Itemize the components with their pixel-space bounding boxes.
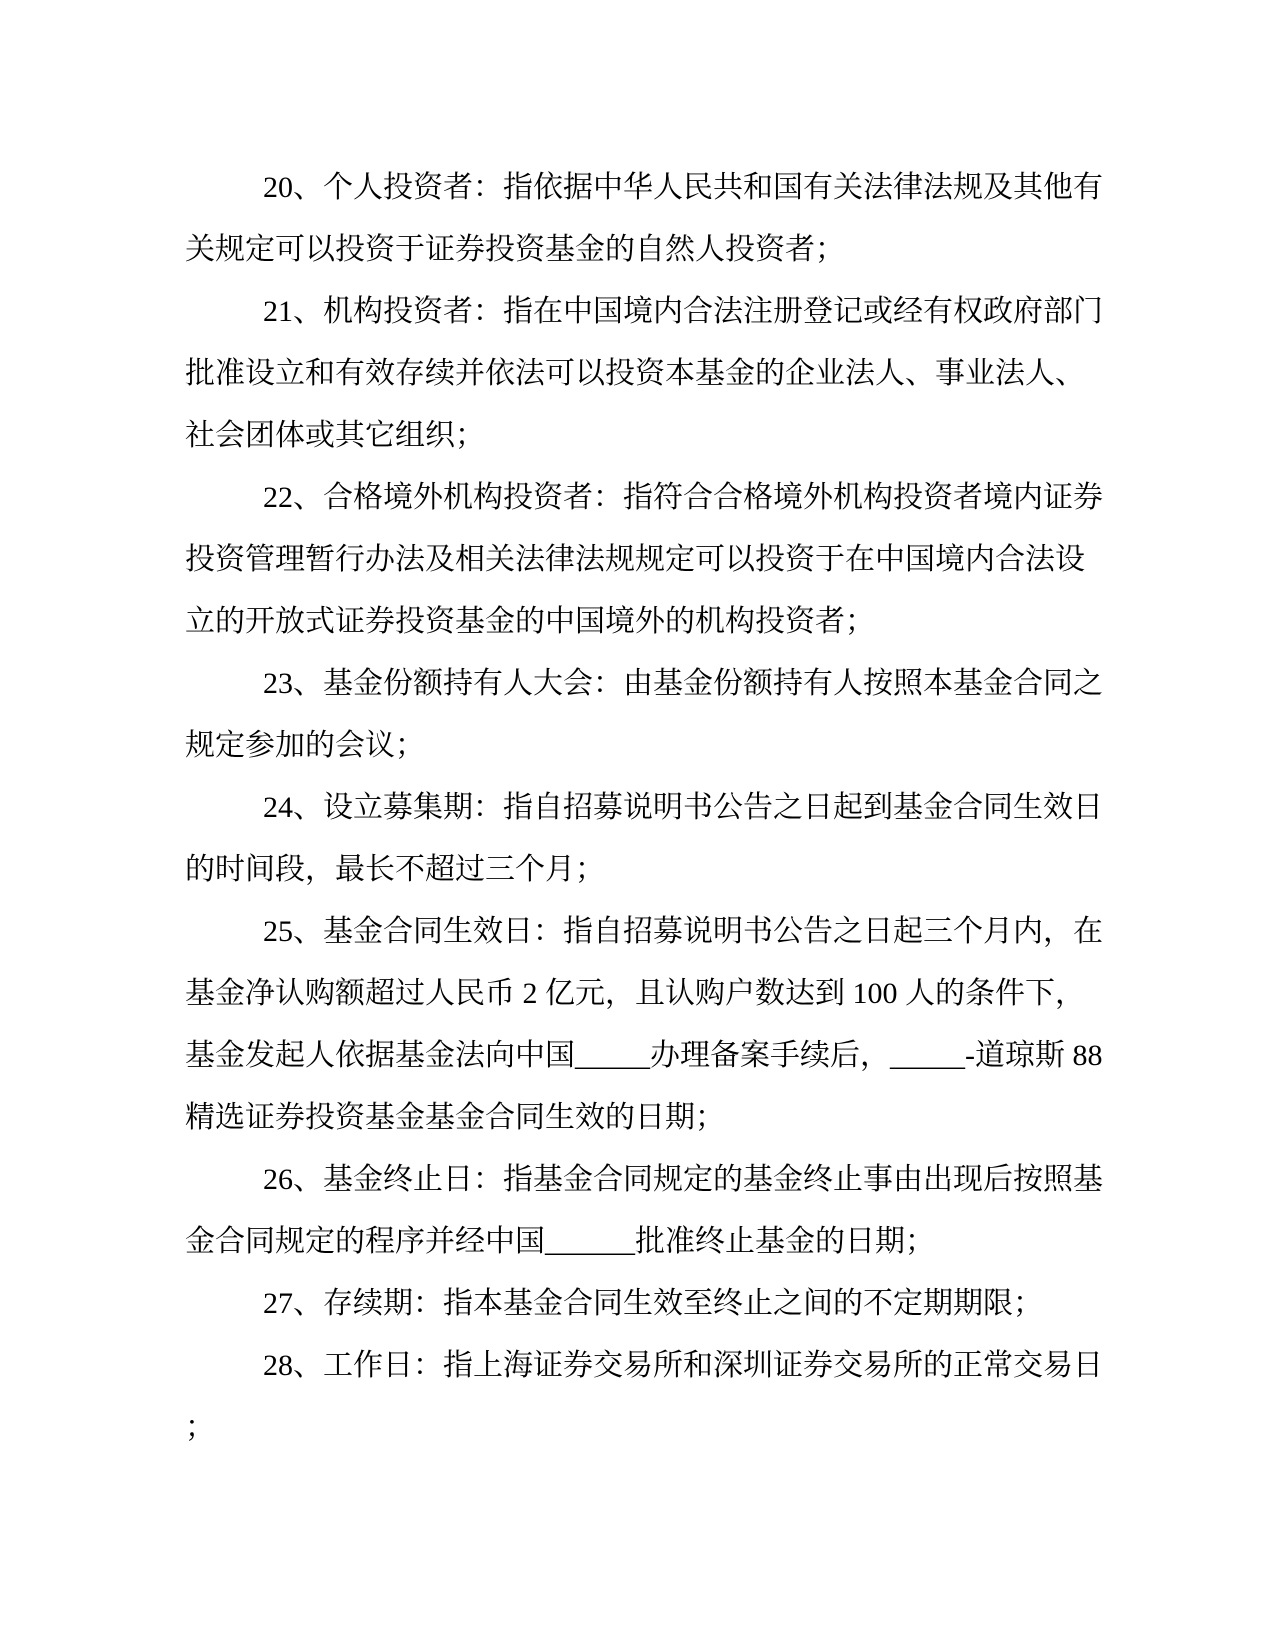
paragraph-21-line-1: 21、机构投资者：指在中国境内合法注册登记或经有权政府部门 bbox=[185, 281, 1090, 343]
paragraph-26-line-1: 26、基金终止日：指基金合同规定的基金终止事由出现后按照基 bbox=[185, 1149, 1090, 1211]
paragraph-20-line-1: 20、个人投资者：指依据中华人民共和国有关法律法规及其他有 bbox=[185, 157, 1090, 219]
paragraph-23-line-2: 规定参加的会议； bbox=[185, 715, 1090, 777]
paragraph-28-line-2: ； bbox=[185, 1397, 1090, 1459]
paragraph-27-line-1: 27、存续期：指本基金合同生效至终止之间的不定期期限； bbox=[185, 1273, 1090, 1335]
document-page: 20、个人投资者：指依据中华人民共和国有关法律法规及其他有 关规定可以投资于证券… bbox=[185, 157, 1090, 1459]
paragraph-22-line-1: 22、合格境外机构投资者：指符合合格境外机构投资者境内证券 bbox=[185, 467, 1090, 529]
paragraph-22-line-3: 立的开放式证券投资基金的中国境外的机构投资者； bbox=[185, 591, 1090, 653]
paragraph-25-line-1: 25、基金合同生效日：指自招募说明书公告之日起三个月内，在 bbox=[185, 901, 1090, 963]
paragraph-28-line-1: 28、工作日：指上海证券交易所和深圳证券交易所的正常交易日 bbox=[185, 1335, 1090, 1397]
paragraph-25-line-3: 基金发起人依据基金法向中国_____办理备案手续后，_____-道琼斯 88 bbox=[185, 1025, 1090, 1087]
paragraph-25-line-4: 精选证券投资基金基金合同生效的日期； bbox=[185, 1087, 1090, 1149]
paragraph-25-line-2: 基金净认购额超过人民币 2 亿元，且认购户数达到 100 人的条件下， bbox=[185, 963, 1090, 1025]
paragraph-21-line-3: 社会团体或其它组织； bbox=[185, 405, 1090, 467]
paragraph-23-line-1: 23、基金份额持有人大会：由基金份额持有人按照本基金合同之 bbox=[185, 653, 1090, 715]
paragraph-20-line-2: 关规定可以投资于证券投资基金的自然人投资者； bbox=[185, 219, 1090, 281]
paragraph-24-line-1: 24、设立募集期：指自招募说明书公告之日起到基金合同生效日 bbox=[185, 777, 1090, 839]
paragraph-21-line-2: 批准设立和有效存续并依法可以投资本基金的企业法人、事业法人、 bbox=[185, 343, 1090, 405]
paragraph-24-line-2: 的时间段，最长不超过三个月； bbox=[185, 839, 1090, 901]
paragraph-22-line-2: 投资管理暂行办法及相关法律法规规定可以投资于在中国境内合法设 bbox=[185, 529, 1090, 591]
paragraph-26-line-2: 金合同规定的程序并经中国______批准终止基金的日期； bbox=[185, 1211, 1090, 1273]
